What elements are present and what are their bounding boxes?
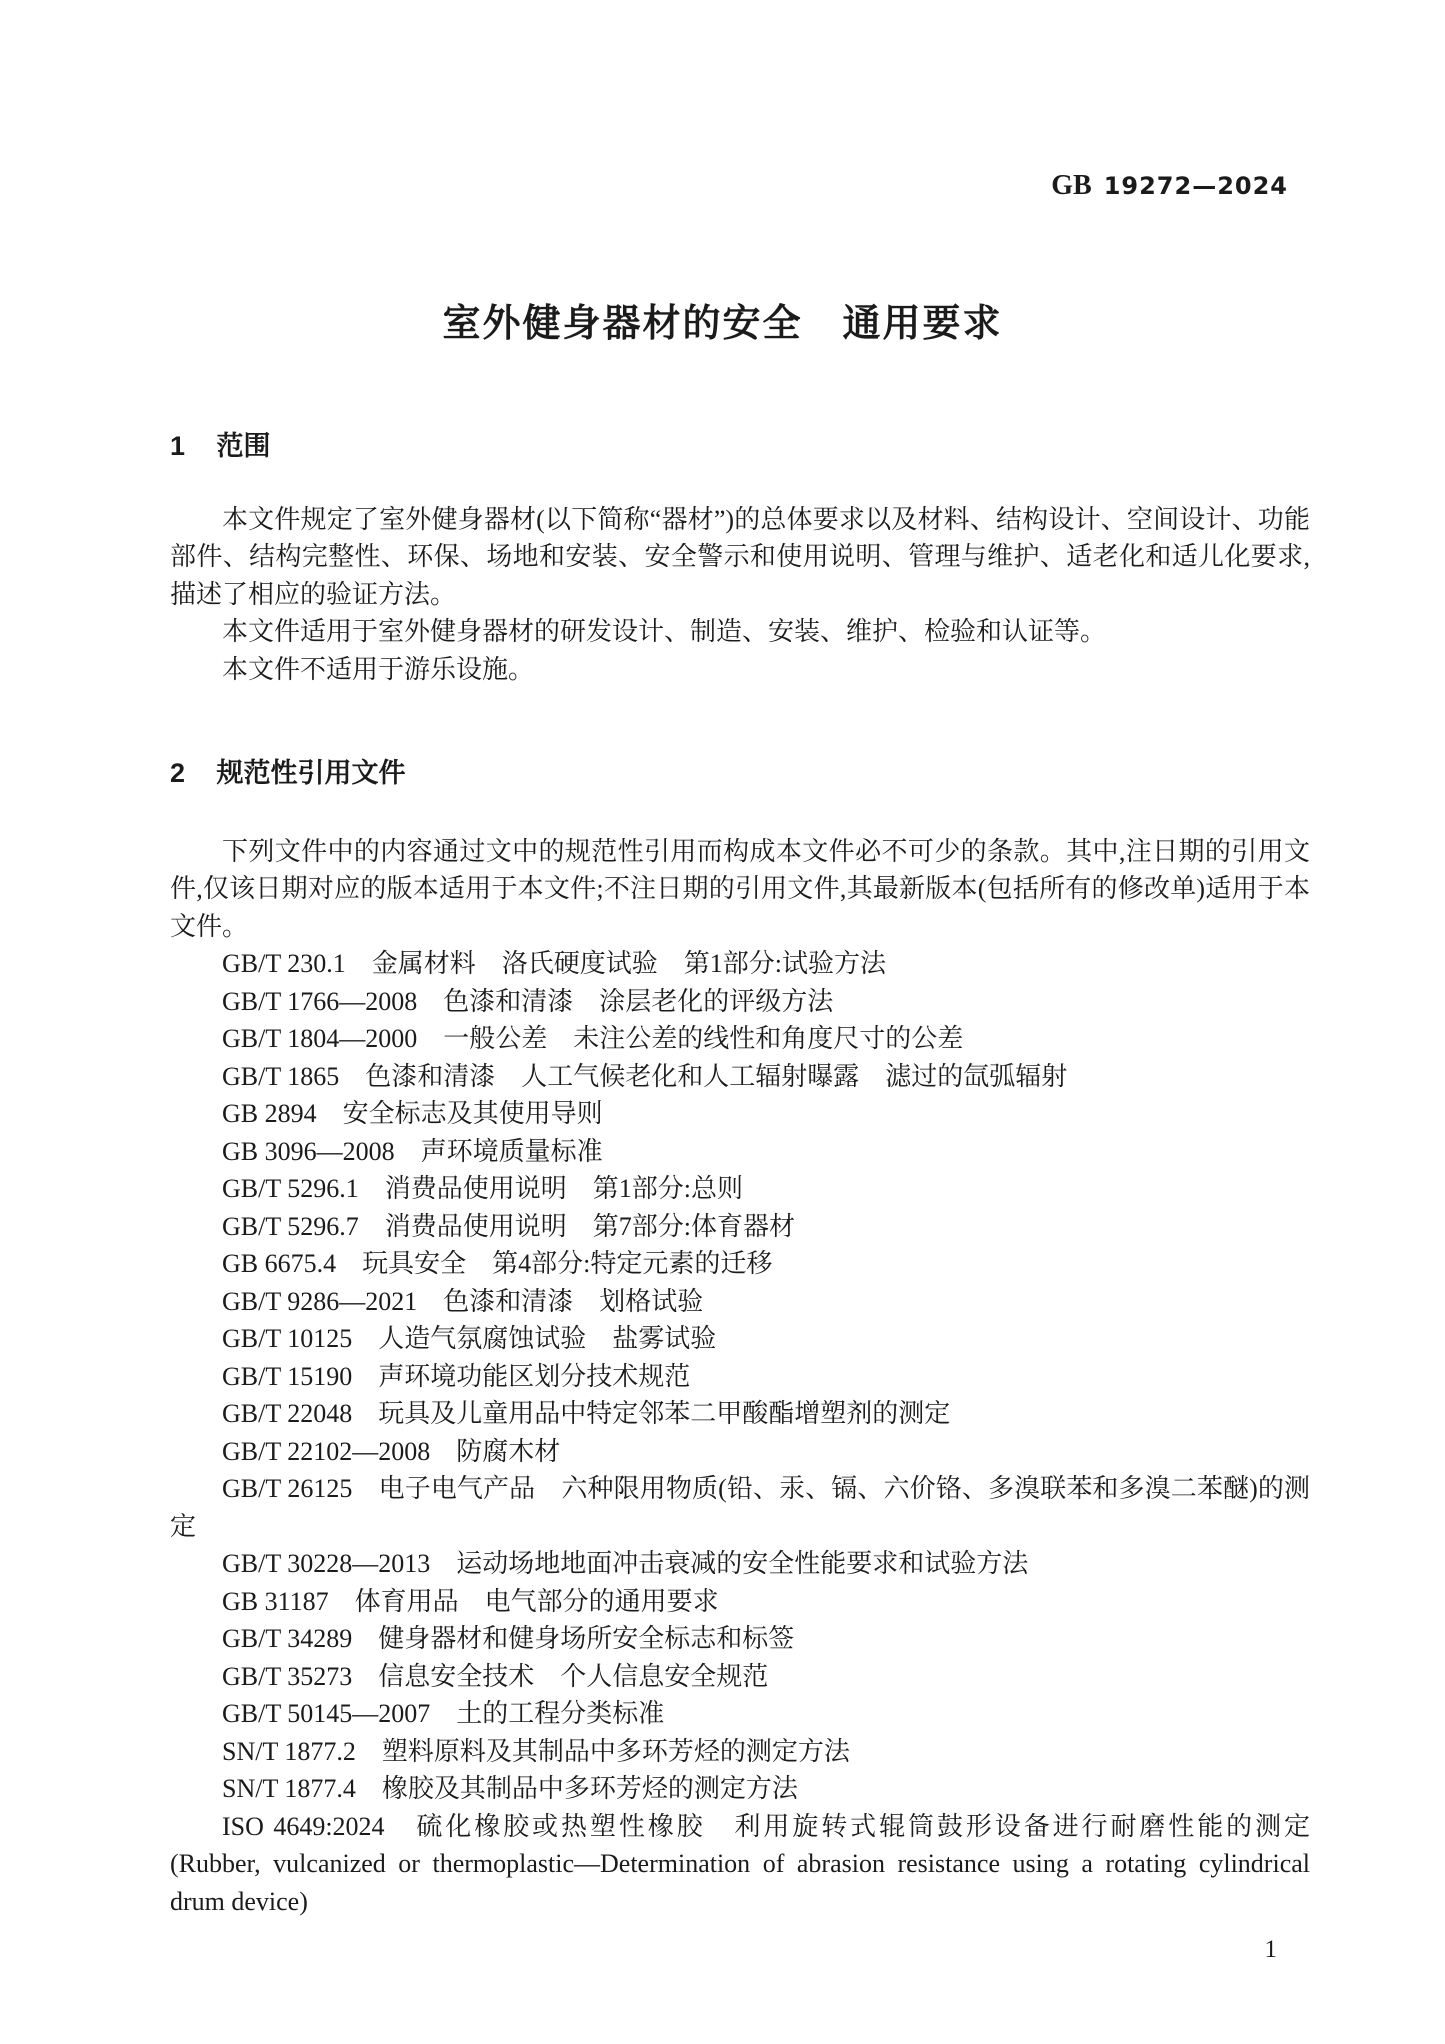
reference-item: GB/T 10125 人造气氛腐蚀试验 盐雾试验: [170, 1320, 1310, 1358]
reference-item: GB/T 1804—2000 一般公差 未注公差的线性和角度尺寸的公差: [170, 1020, 1310, 1058]
reference-item: SN/T 1877.4 橡胶及其制品中多环芳烃的测定方法: [170, 1770, 1310, 1808]
reference-item: GB/T 5296.1 消费品使用说明 第1部分:总则: [170, 1170, 1310, 1208]
standard-code-number: 19272—2024: [1104, 172, 1288, 200]
section-references-number: 2: [170, 758, 185, 788]
section-scope-heading: 1 范围: [170, 428, 1310, 466]
page-number: 1: [1265, 1936, 1278, 1964]
reference-item: GB/T 230.1 金属材料 洛氏硬度试验 第1部分:试验方法: [170, 945, 1310, 983]
section-scope-label: 范围: [217, 431, 271, 461]
document-page: GB 19272—2024 室外健身器材的安全 通用要求 1 范围 本文件规定了…: [0, 0, 1445, 2044]
reference-item: GB/T 9286—2021 色漆和清漆 划格试验: [170, 1283, 1310, 1321]
reference-item: GB/T 50145—2007 土的工程分类标准: [170, 1695, 1310, 1733]
section-references-label: 规范性引用文件: [217, 758, 406, 788]
reference-item: GB/T 1865 色漆和清漆 人工气候老化和人工辐射曝露 滤过的氙弧辐射: [170, 1058, 1310, 1096]
reference-item: GB/T 15190 声环境功能区划分技术规范: [170, 1358, 1310, 1396]
reference-item: GB/T 5296.7 消费品使用说明 第7部分:体育器材: [170, 1208, 1310, 1246]
reference-item: GB 31187 体育用品 电气部分的通用要求: [170, 1583, 1310, 1621]
reference-item: ISO 4649:2024 硫化橡胶或热塑性橡胶 利用旋转式辊筒鼓形设备进行耐磨…: [170, 1808, 1310, 1921]
scope-paragraph-2: 本文件适用于室外健身器材的研发设计、制造、安装、维护、检验和认证等。: [170, 613, 1310, 651]
document-body: 1 范围 本文件规定了室外健身器材(以下简称“器材”)的总体要求以及材料、结构设…: [170, 428, 1310, 1920]
reference-item: GB/T 35273 信息安全技术 个人信息安全规范: [170, 1658, 1310, 1696]
reference-item: GB/T 1766—2008 色漆和清漆 涂层老化的评级方法: [170, 983, 1310, 1021]
reference-item: GB/T 30228—2013 运动场地地面冲击衰减的安全性能要求和试验方法: [170, 1545, 1310, 1583]
reference-list: GB/T 230.1 金属材料 洛氏硬度试验 第1部分:试验方法GB/T 176…: [170, 945, 1310, 1920]
scope-paragraph-1: 本文件规定了室外健身器材(以下简称“器材”)的总体要求以及材料、结构设计、空间设…: [170, 501, 1310, 614]
reference-item: GB 6675.4 玩具安全 第4部分:特定元素的迁移: [170, 1245, 1310, 1283]
reference-item: GB/T 22102—2008 防腐木材: [170, 1433, 1310, 1471]
reference-item: GB 3096—2008 声环境质量标准: [170, 1133, 1310, 1171]
document-title: 室外健身器材的安全 通用要求: [0, 292, 1445, 347]
standard-code-prefix: GB: [1051, 170, 1091, 202]
standard-code: GB 19272—2024: [1051, 170, 1288, 202]
reference-item: SN/T 1877.2 塑料原料及其制品中多环芳烃的测定方法: [170, 1733, 1310, 1771]
section-references-heading: 2 规范性引用文件: [170, 755, 1310, 793]
section-scope-number: 1: [170, 431, 185, 461]
reference-item: GB 2894 安全标志及其使用导则: [170, 1095, 1310, 1133]
reference-item: GB/T 22048 玩具及儿童用品中特定邻苯二甲酸酯增塑剂的测定: [170, 1395, 1310, 1433]
reference-item: GB/T 34289 健身器材和健身场所安全标志和标签: [170, 1620, 1310, 1658]
reference-item: GB/T 26125 电子电气产品 六种限用物质(铅、汞、镉、六价铬、多溴联苯和…: [170, 1470, 1310, 1545]
scope-paragraph-3: 本文件不适用于游乐设施。: [170, 651, 1310, 689]
references-intro-paragraph: 下列文件中的内容通过文中的规范性引用而构成本文件必不可少的条款。其中,注日期的引…: [170, 833, 1310, 946]
